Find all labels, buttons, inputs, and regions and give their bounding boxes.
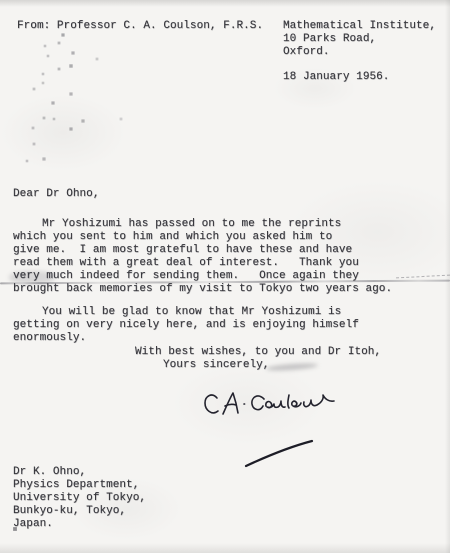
signature-ink [202,390,344,430]
recipient-address-line: Dr K. Ohno, [13,466,146,479]
salutation: Dear Dr Ohno, [13,188,99,200]
scan-edge-bottom [0,543,450,553]
scan-edge-top [0,0,450,7]
recipient-address-line: Bunkyo-ku, Tokyo, [13,505,146,518]
signature-flourish-stroke [243,438,315,469]
date-line: 18 January 1956. [283,71,389,83]
from-line: From: Professor C. A. Coulson, F.R.S. [17,20,263,32]
paragraph-line: which you sent to him and which you aske… [13,231,392,244]
recipient-address-line: University of Tokyo, [13,492,146,505]
scanned-letter-page: From: Professor C. A. Coulson, F.R.S. Ma… [0,0,450,553]
paragraph-1: Mr Yoshizumi has passed on to me the rep… [13,218,392,297]
recipient-address-line: Japan. [13,518,146,531]
ink-smudge [266,362,318,372]
signature-flourish [243,438,315,469]
recipient-address-block: Dr K. Ohno, Physics Department, Universi… [13,466,146,531]
paragraph-2: You will be glad to know that Mr Yoshizu… [13,306,359,345]
paragraph-line: enormously. [13,332,359,345]
sender-address-block: Mathematical Institute, 10 Parks Road, O… [283,20,436,59]
sender-address-line: 10 Parks Road, [283,33,436,46]
pencil-smudge-specks [0,0,2,2]
paragraph-line: give me. I am most grateful to have thes… [13,244,392,257]
sender-address-line: Mathematical Institute, [283,20,436,33]
crease-line-tail [396,275,450,279]
sender-address-line: Oxford. [283,46,436,59]
signoff-line: Yours sincerely, [163,359,269,371]
scan-edge-right [445,0,450,553]
paragraph-line: Mr Yoshizumi has passed on to me the rep… [13,218,392,231]
paragraph-line: You will be glad to know that Mr Yoshizu… [13,306,359,319]
paragraph-line: read them with a great deal of interest.… [13,257,392,270]
paragraph-line: brought back memories of my visit to Tok… [13,283,392,296]
paragraph-line: getting on very nicely here, and is enjo… [13,319,359,332]
signature-handwriting [202,390,344,430]
recipient-address-line: Physics Department, [13,479,146,492]
closing-line: With best wishes, to you and Dr Itoh, [135,346,381,358]
